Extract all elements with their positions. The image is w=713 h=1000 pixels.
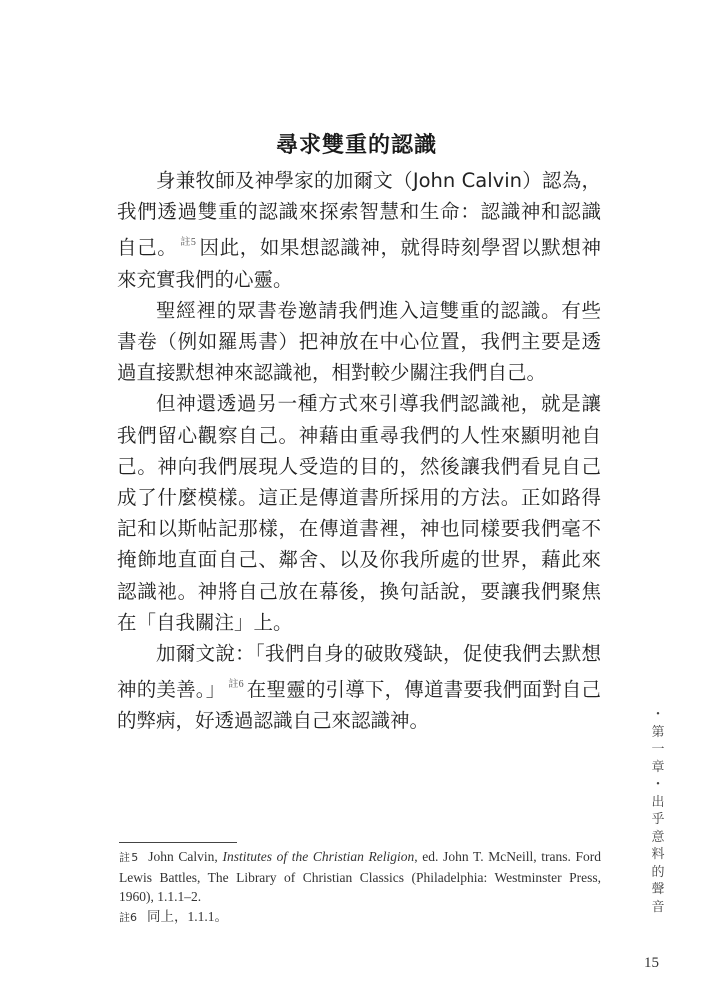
- footnotes: 註5John Calvin, Institutes of the Christi…: [119, 847, 601, 927]
- paragraph-1: 身兼牧師及神學家的加爾文（John Calvin）認為，我們透過雙重的認識來探索…: [117, 165, 601, 295]
- running-head-char: 一: [648, 741, 668, 759]
- footnote-mark: 註6: [119, 911, 137, 924]
- running-head-char: 意: [648, 829, 668, 847]
- running-head-char: ・: [648, 776, 668, 794]
- footnote-divider: [119, 842, 237, 843]
- paragraph-3: 但神還透過另一種方式來引導我們認識祂，就是讓我們留心觀察自己。神藉由重尋我們的人…: [117, 388, 601, 638]
- running-head-char: 第: [648, 724, 668, 742]
- page-number: 15: [644, 955, 659, 972]
- footnote-ref-6[interactable]: 註6: [228, 679, 243, 690]
- footnote-book-title: Institutes of the Christian Religion: [222, 849, 414, 864]
- paragraph-4: 加爾文說：「我們自身的破敗殘缺，促使我們去默想神的美善。」註6在聖靈的引導下，傳…: [117, 638, 601, 737]
- running-head-chapter: ・ 第 一 章 ・ 出 乎 意 料 的 聲 音: [648, 706, 668, 916]
- running-head-char: 音: [648, 899, 668, 917]
- footnote-citation: 同上，1.1.1。: [147, 909, 228, 924]
- body-text: 身兼牧師及神學家的加爾文（John Calvin）認為，我們透過雙重的認識來探索…: [117, 165, 601, 737]
- running-head-char: 出: [648, 794, 668, 812]
- running-head-char: ・: [648, 706, 668, 724]
- running-head-char: 料: [648, 846, 668, 864]
- running-head-char: 聲: [648, 881, 668, 899]
- footnote-mark: 註5: [119, 851, 138, 864]
- running-head-char: 的: [648, 864, 668, 882]
- footnote-ref-5[interactable]: 註5: [180, 237, 196, 248]
- footnote-6: 註6同上，1.1.1。: [119, 907, 601, 928]
- section-title: 尋求雙重的認識: [0, 128, 713, 159]
- footnote-5: 註5John Calvin, Institutes of the Christi…: [119, 847, 601, 907]
- running-head-char: 章: [648, 759, 668, 777]
- footnote-author: John Calvin,: [148, 849, 222, 864]
- paragraph-2: 聖經裡的眾書卷邀請我們進入這雙重的認識。有些書卷（例如羅馬書）把神放在中心位置，…: [117, 295, 601, 389]
- running-head-char: 乎: [648, 811, 668, 829]
